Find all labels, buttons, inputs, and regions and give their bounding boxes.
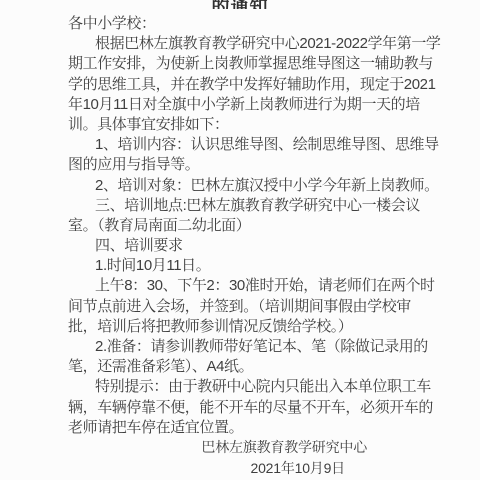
- doc-line: 间节点前进入会场，并签到。（培训期间事假由学校审: [68, 297, 442, 317]
- doc-line: 根据巴林左旗教育教学研究中心2021-2022学年第一学: [68, 34, 442, 54]
- doc-line: 训。具体事宜安排如下：: [68, 115, 442, 135]
- doc-line: 室。（教育局南面二幼北面）: [68, 216, 442, 236]
- signature-organization: 巴林左旗教育教学研究中心: [68, 438, 442, 456]
- doc-line: 批，培训后将把教师参训情况反馈给学校。）: [68, 317, 442, 337]
- doc-line: 期工作安排，为使新上岗教师掌握思维导图这一辅助教与: [68, 54, 442, 74]
- doc-line: 年10月11日对全旗中小学新上岗教师进行为期一天的培: [68, 95, 442, 115]
- doc-line: 辆，车辆停靠不便，能不开车的尽量不开车，必须开车的: [68, 398, 442, 418]
- doc-line: 四、培训要求: [68, 236, 442, 256]
- doc-line: 1.时间10月11日。: [68, 256, 442, 276]
- doc-line: 特别提示：由于教研中心院内只能出入本单位职工车: [68, 377, 442, 397]
- doc-line: 2.准备：请参训教师带好笔记本、笔（除做记录用的: [68, 337, 442, 357]
- doc-line: 笔，还需准备彩笔）、A4纸。: [68, 357, 442, 377]
- document-body: 各中小学校：根据巴林左旗教育教学研究中心2021-2022学年第一学期工作安排，…: [68, 14, 442, 438]
- notice-document-page: 的通知 各中小学校：根据巴林左旗教育教学研究中心2021-2022学年第一学期工…: [0, 0, 480, 480]
- doc-line: 2、培训对象：巴林左旗汉授中小学今年新上岗教师。: [68, 176, 442, 196]
- doc-line: 三、培训地点:巴林左旗教育教学研究中心一楼会议: [68, 196, 442, 216]
- doc-line: 上午8：30、下午2：30准时开始，请老师们在两个时: [68, 276, 442, 296]
- doc-line: 图的应用与指导等。: [68, 155, 442, 175]
- doc-line: 老师请把车停在适宜位置。: [68, 418, 442, 438]
- document-title-fragment: 的通知: [212, 0, 269, 9]
- doc-line: 各中小学校：: [68, 14, 442, 34]
- document-title-clipped: 的通知: [0, 0, 480, 9]
- doc-line: 学的思维工具，并在教学中发挥好辅助作用，现定于2021: [68, 75, 442, 95]
- signature-date: 2021年10月9日: [68, 459, 442, 477]
- doc-line: 1、培训内容：认识思维导图、绘制思维导图、思维导: [68, 135, 442, 155]
